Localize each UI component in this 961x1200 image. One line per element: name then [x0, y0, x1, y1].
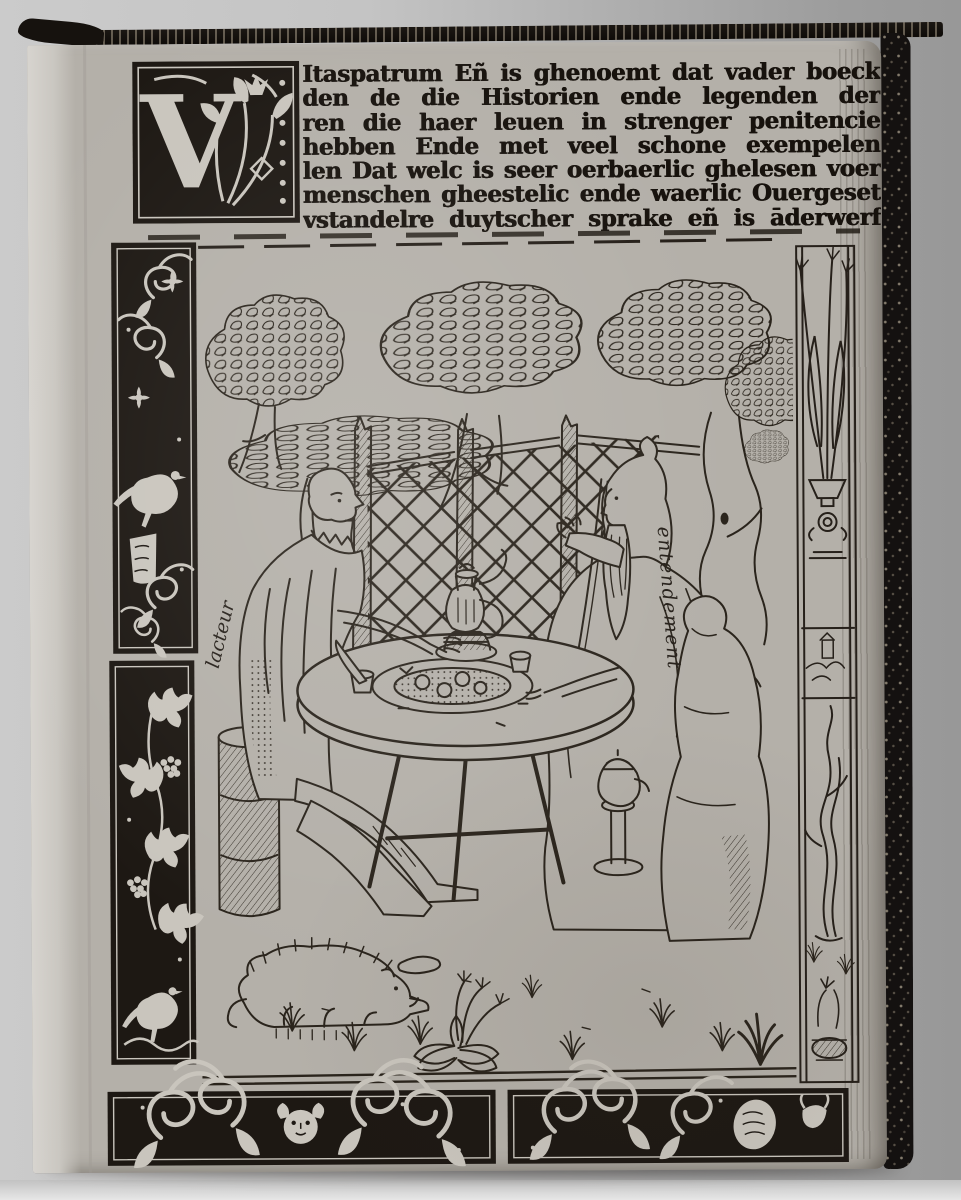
title-line: menschen gheestelic ende waerlic Ouerges…	[303, 181, 881, 208]
binding-corner	[17, 17, 105, 47]
title-line: ren die haer leuen in strenger penitenci…	[302, 108, 880, 135]
figure-label-lacteur: lacteur	[202, 597, 240, 670]
gutter-margin	[27, 45, 81, 1173]
right-border-ornament	[796, 246, 858, 1082]
bottom-border	[107, 1058, 849, 1168]
title-text: Itaspatrum Eñ is ghenoemt dat vader boec…	[302, 60, 881, 233]
ground	[202, 1068, 796, 1084]
backdrop-floor	[0, 1180, 961, 1200]
initial-letter: V	[139, 68, 243, 219]
photograph-of-book: V Itaspatrum Eñ is ghenoemt dat vader bo…	[0, 0, 961, 1200]
left-border-ornament	[107, 242, 207, 1064]
decorated-initial-block: V	[132, 61, 300, 224]
title-line: Itaspatrum Eñ is ghenoemt dat vader boec…	[302, 60, 880, 87]
bottom-border-right-panel	[507, 1060, 849, 1164]
title-line: hebben Ende met veel schone exempelen En…	[303, 133, 881, 160]
title-line: den de die Historien ende legenden der h…	[302, 84, 880, 111]
platter	[372, 659, 532, 714]
stone	[398, 957, 440, 974]
title-line: len Dat welc is seer oerbaerlic ghelesen…	[303, 157, 881, 184]
woodcut-illustration: lacteur entendement	[98, 236, 863, 1173]
title-page: V Itaspatrum Eñ is ghenoemt dat vader bo…	[27, 41, 887, 1173]
woodcut-top-rule	[198, 239, 792, 247]
boar	[227, 937, 428, 1040]
gutter-crease	[83, 45, 92, 1173]
flower-plant	[414, 971, 510, 1072]
